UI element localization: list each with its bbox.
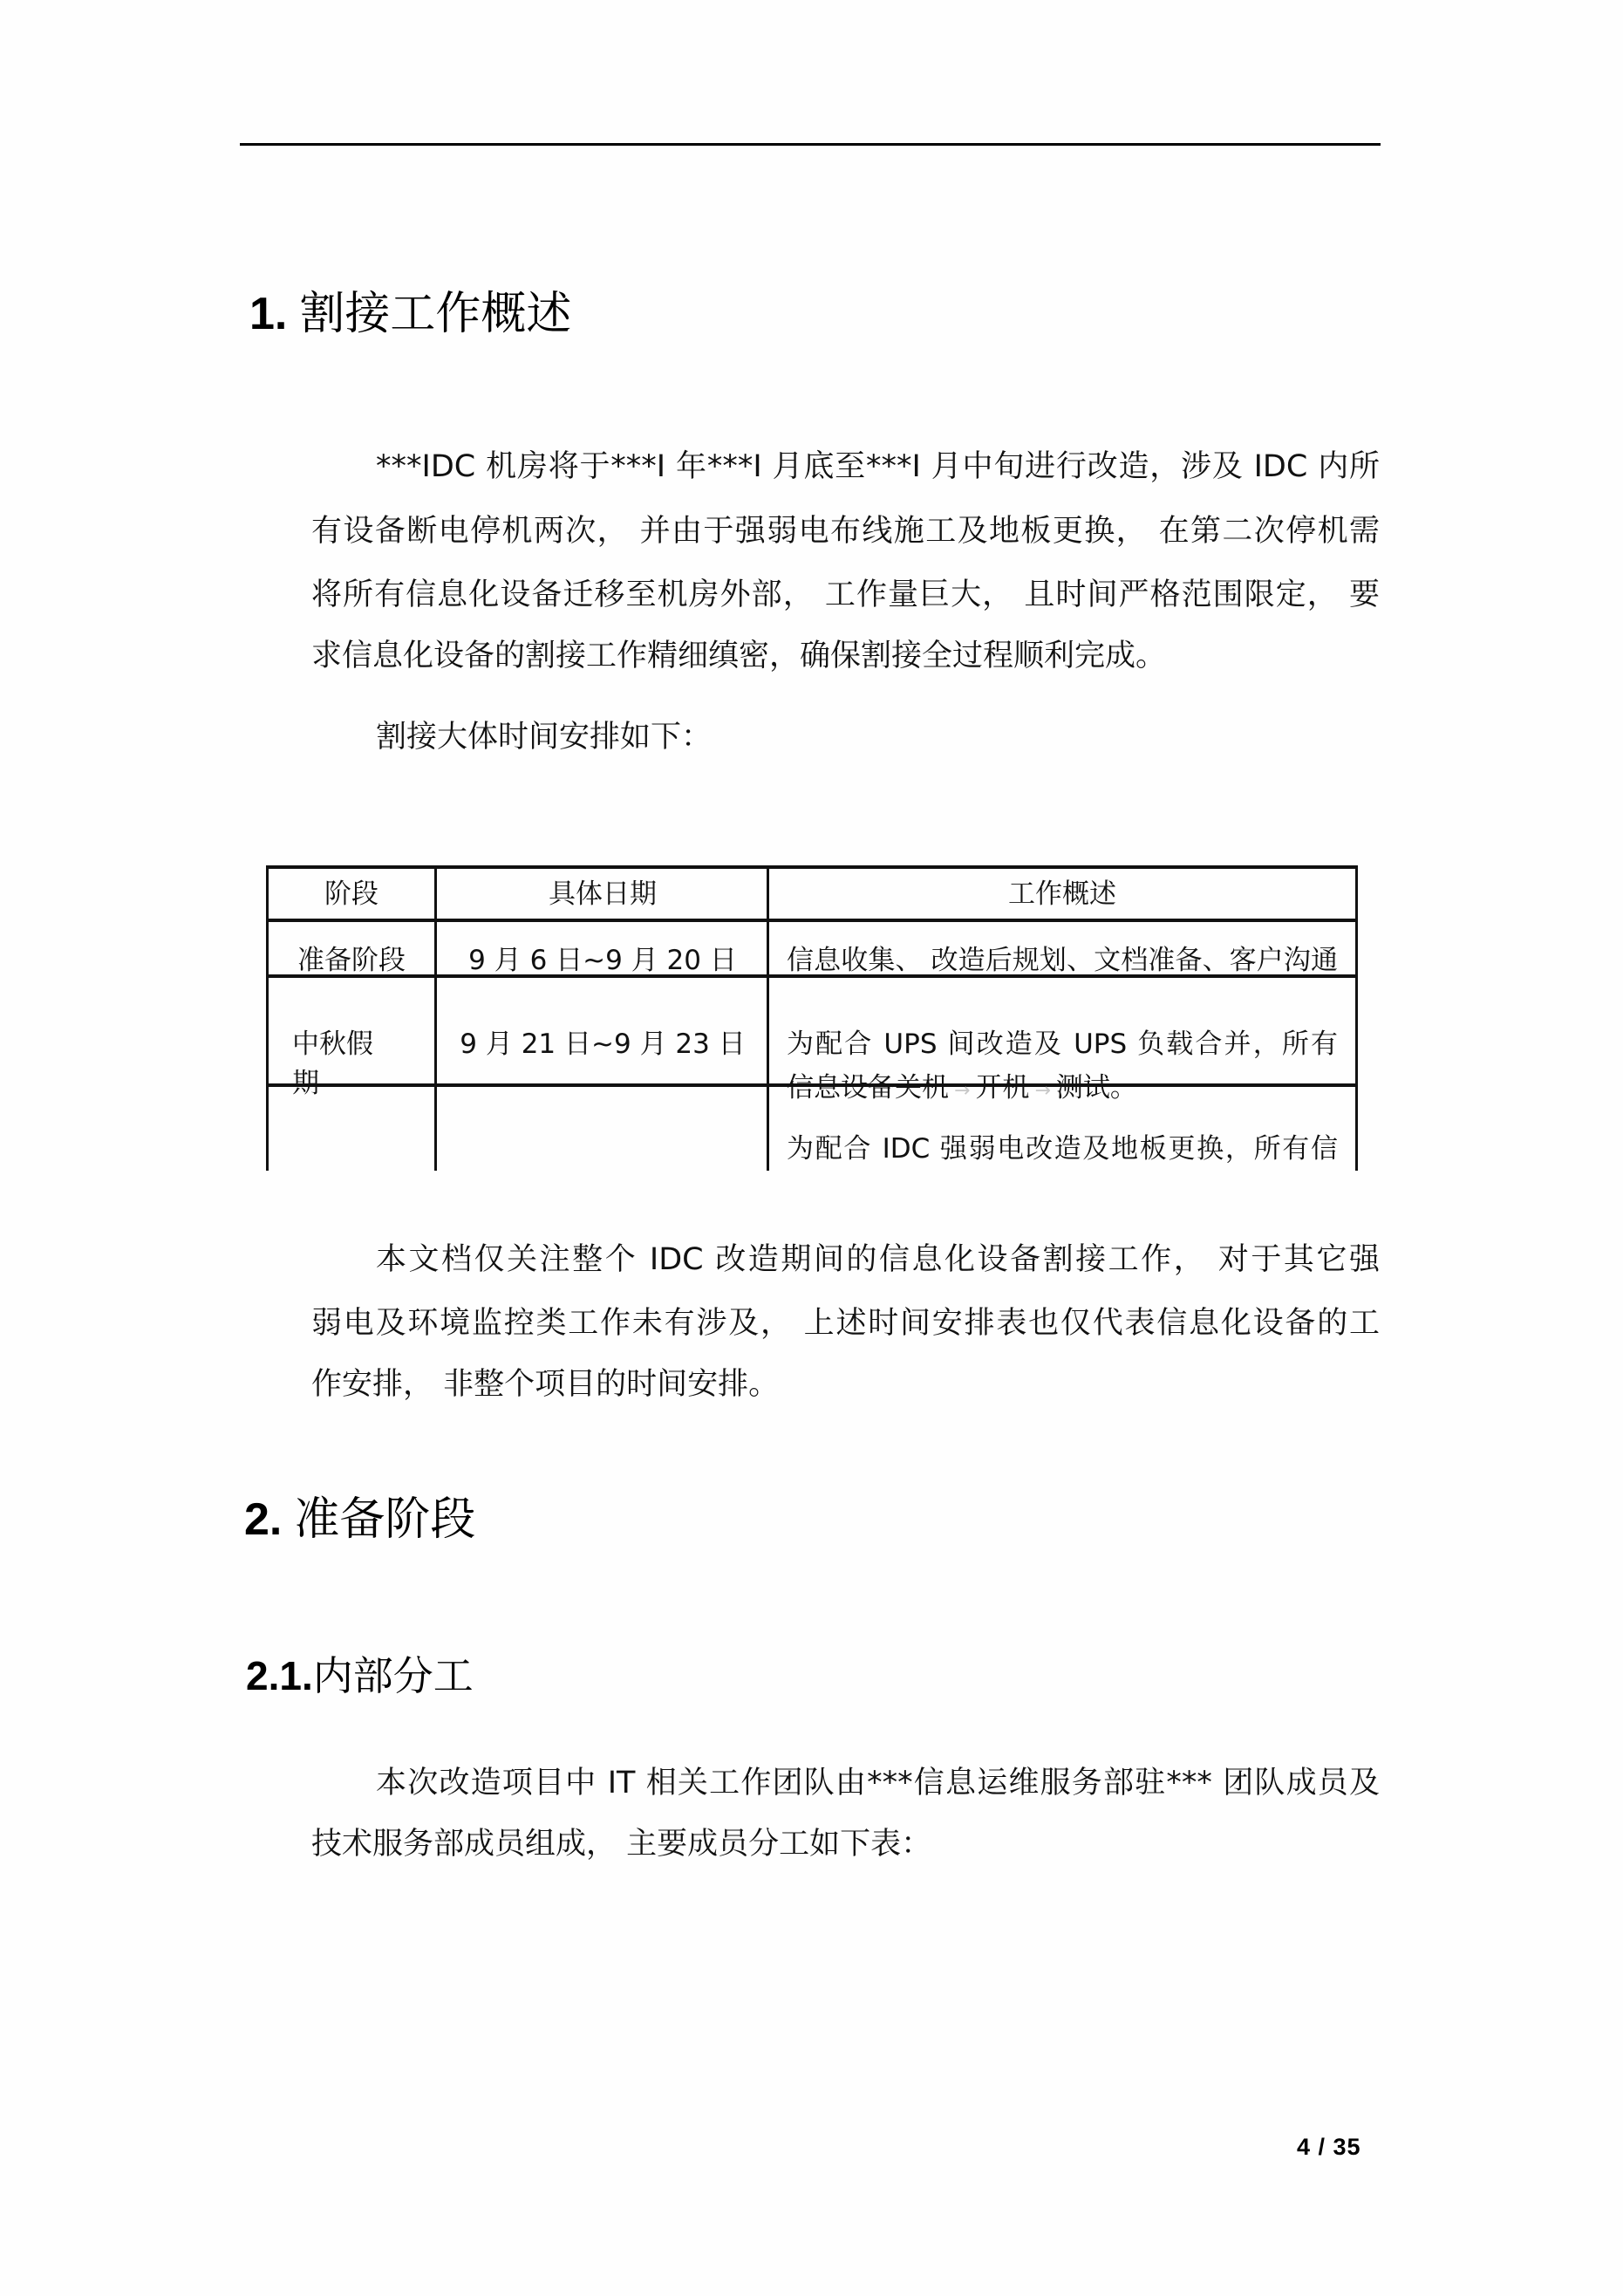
- subsection-2-1-number: 2.1.: [246, 1653, 313, 1698]
- table-cell-summary: 为配合 IDC 强弱电改造及地板更换，所有信: [787, 1131, 1338, 1166]
- intro-line-3: 将所有信息化设备迁移至机房外部， 工作量巨大， 且时间严格范围限定， 要: [311, 576, 1380, 614]
- subsection-2-1-heading: 2.1.内部分工: [246, 1651, 474, 1700]
- table-cell-phase: 准备阶段: [266, 943, 437, 978]
- page-indicator: 4 / 35: [1297, 2134, 1361, 2161]
- table-row-divider: [266, 919, 1358, 922]
- summary-part-shutdown: 信息设备关机: [787, 1072, 949, 1104]
- table-cell-summary: 为配合 UPS 间改造及 UPS 负载合并，所有: [787, 1027, 1338, 1062]
- table-header-phase: 阶段: [266, 877, 437, 912]
- section-2-title: 准备阶段: [294, 1493, 475, 1546]
- table-cell-summary: 信息收集、 改造后规划、文档准备、客户沟通: [787, 943, 1338, 978]
- table-border-right: [1355, 865, 1358, 1171]
- section-2-heading: 2.准备阶段: [244, 1493, 475, 1546]
- table-border-top: [266, 865, 1358, 869]
- schedule-intro: 割接大体时间安排如下：: [376, 718, 712, 756]
- schedule-table: 阶段 具体日期 工作概述 准备阶段 9 月 6 日~9 月 20 日 信息收集、…: [266, 865, 1358, 1171]
- intro-line-2: 有设备断电停机两次， 并由于强弱电布线施工及地板更换， 在第二次停机需: [311, 512, 1380, 550]
- summary-part-startup: 开机: [975, 1072, 1029, 1104]
- table-header-dates: 具体日期: [437, 877, 768, 912]
- table-cell-dates: 9 月 6 日~9 月 20 日: [437, 943, 768, 978]
- section-1-title: 割接工作概述: [299, 288, 571, 340]
- note-line-2: 弱电及环境监控类工作未有涉及， 上述时间安排表也仅代表信息化设备的工: [311, 1304, 1380, 1343]
- document-page: 1.割接工作概述 ***IDC 机房将于***I 年***I 月底至***I 月…: [0, 0, 1623, 2296]
- team-line-2: 技术服务部成员组成， 主要成员分工如下表：: [311, 1825, 931, 1863]
- table-cell-phase-line-1: 中秋假: [292, 1027, 373, 1062]
- header-rule: [240, 143, 1381, 146]
- arrow-icon: →: [949, 1080, 975, 1102]
- intro-line-1: ***IDC 机房将于***I 年***I 月底至***I 月中旬进行改造，涉及…: [376, 448, 1380, 486]
- table-cell-dates: 9 月 21 日~9 月 23 日: [437, 1027, 768, 1062]
- summary-part-test: 测试。: [1056, 1072, 1137, 1104]
- subsection-2-1-title: 内部分工: [313, 1652, 474, 1699]
- arrow-icon: →: [1029, 1080, 1055, 1102]
- table-header-summary: 工作概述: [769, 877, 1355, 912]
- section-2-number: 2.: [244, 1494, 282, 1545]
- note-line-1: 本文档仅关注整个 IDC 改造期间的信息化设备割接工作， 对于其它强: [376, 1240, 1380, 1279]
- table-cell-phase-line-2: 期: [292, 1066, 319, 1101]
- table-cell-summary-overflow: 信息设备关机→开机→测试。: [787, 1070, 1137, 1105]
- team-line-1: 本次改造项目中 IT 相关工作团队由***信息运维服务部驻*** 团队成员及: [376, 1764, 1380, 1802]
- note-line-3: 作安排， 非整个项目的时间安排。: [311, 1365, 779, 1404]
- section-1-heading: 1.割接工作概述: [249, 288, 571, 340]
- intro-line-4: 求信息化设备的割接工作精细缜密，确保割接全过程顺利完成。: [311, 637, 1166, 675]
- section-1-number: 1.: [249, 289, 287, 339]
